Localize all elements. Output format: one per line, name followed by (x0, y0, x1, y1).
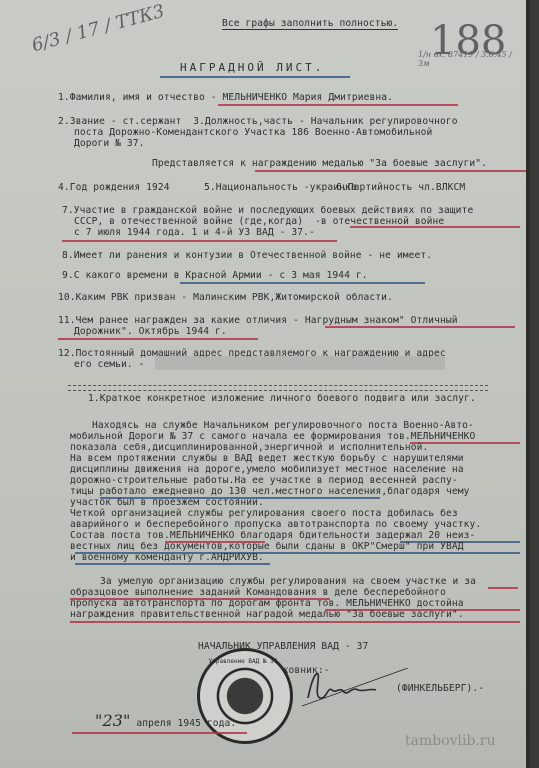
section-separator (68, 385, 488, 391)
field-7-value: с 7 июля 1944 года. 1 и 4-й УЗ ВАД - 37.… (74, 227, 315, 239)
award-sheet-page: 6/3 / 17 / ТТК3 188 1/н вх. 87419 / 3.6.… (0, 0, 530, 768)
stamp-text: Управление ВАД № 37 (205, 658, 281, 665)
section-2-heading: 1.Краткое конкретное изложение личного б… (88, 393, 476, 405)
field-2-3-line1: 2.Звание - ст.сержант 3.Должность,часть … (58, 116, 458, 128)
date: "23" апреля 1945 года. (95, 715, 236, 730)
field-12-line2: его семьи. - (74, 359, 145, 371)
field-3-line2: поста Дорожно-Комендантского Участка 186… (74, 127, 432, 139)
page-title: НАГРАДНОЙ ЛИСТ. (180, 62, 324, 74)
field-11-line1: 11.Чем ранее награжден за какие отличия … (58, 315, 458, 327)
handwritten-registration-note: 1/н вх. 87419 / 3.6.45 / Зм (418, 50, 518, 68)
field-1: 1.Фамилия, имя и отчество - МЕЛЬНИЧЕНКО … (58, 92, 393, 104)
signature-icon (300, 668, 410, 708)
field-8: 8.Имеет ли ранения и контузии в Отечеств… (62, 250, 432, 262)
field-6: 6.Партийность чл.ВЛКСМ (336, 182, 465, 194)
instruction-text: Все графы заполнить полностью. (222, 18, 398, 30)
field-5: 5.Национальность -украинка (204, 182, 357, 194)
watermark: tambovlib.ru (405, 733, 496, 749)
nomination: Представляется к награждению медалью "За… (152, 158, 487, 170)
field-7-line1: 7.Участие в гражданской войне и последую… (62, 205, 473, 217)
signatory-name: (ФИНКЕЛЬБЕРГ).- (396, 683, 484, 695)
field-4: 4.Год рождения 1924 (58, 182, 170, 194)
field-11-value: Дорожник". Октябрь 1944 г. (74, 326, 227, 338)
field-9: 9.С какого времени в Красной Армии - с 3… (62, 270, 368, 282)
field-3-line3: Дороги № 37. (74, 138, 145, 150)
redacted-address (155, 356, 445, 370)
handwritten-archive-number: 6/3 / 17 / ТТК3 (30, 1, 167, 57)
field-10: 10.Каким РВК призван - Малинским РВК,Жит… (58, 292, 393, 304)
signatory-title: НАЧАЛЬНИК УПРАВЛЕНИЯ ВАД - 37 (198, 641, 368, 653)
